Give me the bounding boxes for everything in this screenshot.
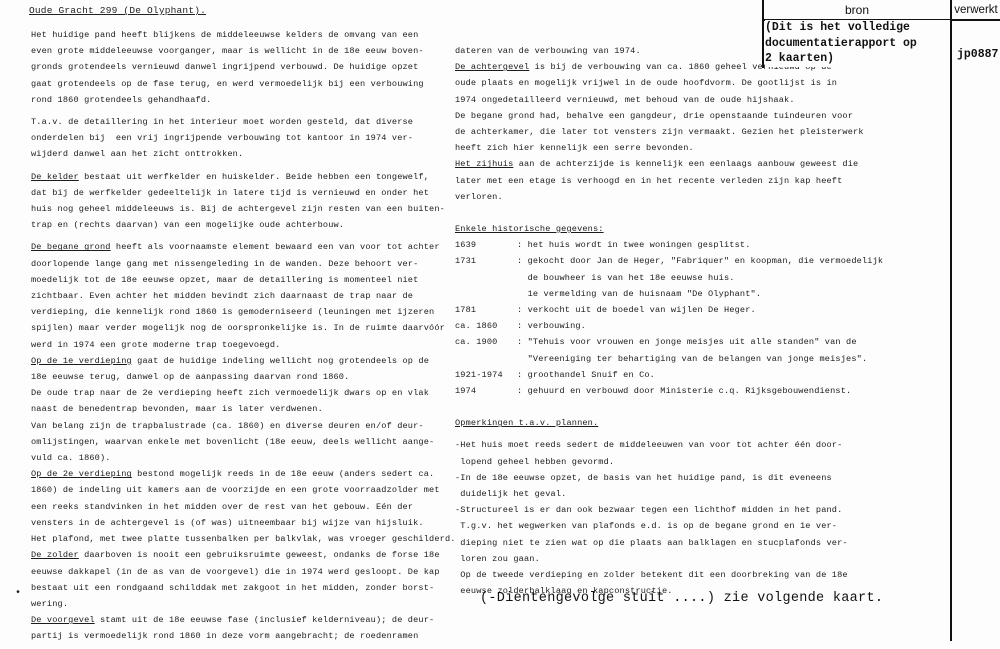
section-heading: De achtergevel xyxy=(455,62,529,72)
text-line: wering. xyxy=(31,596,441,612)
document-title: Oude Gracht 299 (De Olyphant). xyxy=(29,5,206,16)
section-heading: De kelder xyxy=(31,172,79,182)
paragraph: De achtergevel is bij de verbouwing van … xyxy=(455,59,855,156)
text-line: T.a.v. de detaillering in het interieur … xyxy=(31,114,441,130)
section-gap xyxy=(455,399,855,415)
paragraph-first-line: Het zijhuis aan de achterzijde is kennel… xyxy=(455,156,855,172)
text-line: werd in 1974 een grote moderne trap toeg… xyxy=(31,337,441,353)
paragraph-text: daarboven is nooit een gebruiksruimte ge… xyxy=(79,550,440,560)
text-line: wijderd danwel aan het zicht onttrokken. xyxy=(31,146,441,162)
text-line: gronds grotendeels vernieuwd danwel ingr… xyxy=(31,59,441,75)
paragraph-first-line: Op de 1e verdieping gaat de huidige inde… xyxy=(31,353,441,369)
section-gap xyxy=(455,205,855,221)
history-entry: 1974: gehuurd en verbouwd door Ministeri… xyxy=(455,383,855,399)
text-line: zichtbaar. Even achter het midden bevind… xyxy=(31,288,441,304)
meta-header-verwerkt: verwerkt xyxy=(952,0,1000,20)
text-line: trap en (rechts daarvan) van een mogelij… xyxy=(31,217,441,233)
text-line: verloren. xyxy=(455,189,855,205)
paragraph: Op de 2e verdieping bestond mogelijk ree… xyxy=(31,466,441,547)
paragraph-text: stamt uit de 18e eeuwse fase (inclusief … xyxy=(95,615,435,625)
text-line: naast de benedentrap bevonden, maar is l… xyxy=(31,401,441,417)
text-line: bestaat uit een rondgaand schilddak met … xyxy=(31,580,441,596)
history-year: 1781 xyxy=(455,302,517,318)
paragraph-text: gaat de huidige indeling wellicht nog gr… xyxy=(132,356,429,366)
history-text: : verkocht uit de boedel van wijlen De H… xyxy=(517,302,855,318)
history-entry: 1781: verkocht uit de boedel van wijlen … xyxy=(455,302,855,318)
text-line: dat bij de werfkelder gedeeltelijk in la… xyxy=(31,185,441,201)
history-text: : "Tehuis voor vrouwen en jonge meisjes … xyxy=(517,334,857,350)
text-line: vuld ca. 1860). xyxy=(31,450,441,466)
paragraph-text: heeft als voornaamste element bewaard ee… xyxy=(111,242,440,252)
paragraph-text: aan de achterzijde is kennelijk een eenl… xyxy=(513,159,858,169)
text-line: huis nog geheel middeleeuws is. Bij de a… xyxy=(31,201,441,217)
text-line: spijlen) maar verder mogelijk nog de oor… xyxy=(31,320,441,336)
text-line: Van belang zijn de trapbalustrade (ca. 1… xyxy=(31,418,441,434)
paragraph-first-line: De begane grond heeft als voornaamste el… xyxy=(31,239,441,255)
history-text: : verbouwing. xyxy=(517,318,855,334)
section-heading: Op de 1e verdieping xyxy=(31,356,132,366)
text-line: oude plaats en mogelijk vrijwel in de ou… xyxy=(455,75,855,91)
history-year: 1974 xyxy=(455,383,517,399)
remark-line: dieping niet te zien wat op die plaats a… xyxy=(455,535,855,551)
paragraph-text: bestond mogelijk reeds in de 18e eeuw (a… xyxy=(132,469,435,479)
paragraph-first-line: De kelder bestaat uit werfkelder en huis… xyxy=(31,169,441,185)
left-column: Het huidige pand heeft blijkens de midde… xyxy=(31,27,441,645)
text-line: een reeks standvinken in het midden over… xyxy=(31,499,441,515)
history-text: : het huis wordt in twee woningen gespli… xyxy=(517,237,855,253)
text-line: eeuwse dakkapel (in de as van de voorgev… xyxy=(31,564,441,580)
remark-line: duidelijk het geval. xyxy=(455,486,855,502)
text-line: later met een etage is verhoogd en in he… xyxy=(455,173,855,189)
paragraph: Op de 1e verdieping gaat de huidige inde… xyxy=(31,353,441,466)
history-entry: 1639: het huis wordt in twee woningen ge… xyxy=(455,237,855,253)
meta-verwerkt-value: jp0887 xyxy=(957,48,998,61)
history-year: ca. 1860 xyxy=(455,318,517,334)
remarks-heading: Opmerkingen t.a.v. plannen. xyxy=(455,415,855,431)
paragraph-first-line: De voorgevel stamt uit de 18e eeuwse fas… xyxy=(31,612,441,628)
document-card: Oude Gracht 299 (De Olyphant). Het huidi… xyxy=(0,0,1000,649)
history-continuation: de bouwheer is van het 18e eeuwse huis. xyxy=(455,270,855,286)
section-heading: De zolder xyxy=(31,550,79,560)
paragraph: De voorgevel stamt uit de 18e eeuwse fas… xyxy=(31,612,441,644)
history-year: 1731 xyxy=(455,253,517,269)
text-line: De oude trap naar de 2e verdieping heeft… xyxy=(31,385,441,401)
text-line: De begane grond had, behalve een gangdeu… xyxy=(455,108,855,124)
remark-line: -Structureel is er dan ook bezwaar tegen… xyxy=(455,502,855,518)
remark-line: -In de 18e eeuwse opzet, de basis van he… xyxy=(455,470,855,486)
paragraph: Het huidige pand heeft blijkens de midde… xyxy=(31,27,441,108)
history-entry: ca. 1900: "Tehuis voor vrouwen en jonge … xyxy=(455,334,855,350)
paragraph-text: bestaat uit werfkelder en huiskelder. Be… xyxy=(79,172,429,182)
history-heading: Enkele historische gegevens: xyxy=(455,221,855,237)
text-line: heeft zich hier kennelijk een serre bevo… xyxy=(455,140,855,156)
history-continuation: "Vereeniging ter behartiging van de bela… xyxy=(455,351,855,367)
paragraph: De begane grond heeft als voornaamste el… xyxy=(31,239,441,352)
section-heading: De begane grond xyxy=(31,242,111,252)
history-entry: 1731: gekocht door Jan de Heger, "Fabriq… xyxy=(455,253,855,269)
text-line: rond 1860 grotendeels gehandhaafd. xyxy=(31,92,441,108)
text-line: de achterkamer, die later tot vensters z… xyxy=(455,124,855,140)
text-line: Het plafond, met twee platte tussenbalke… xyxy=(31,531,441,547)
remark-line: Op de tweede verdieping en zolder beteke… xyxy=(455,567,855,583)
right-column: dateren van de verbouwing van 1974.De ac… xyxy=(455,43,855,600)
section-heading: Op de 2e verdieping xyxy=(31,469,132,479)
paragraph: T.a.v. de detaillering in het interieur … xyxy=(31,114,441,163)
text-line: onderdelen bij een vrij ingrijpende verb… xyxy=(31,130,441,146)
text-line: omlijstingen, waarvan enkele met bovenli… xyxy=(31,434,441,450)
meta-header-bron: bron xyxy=(764,0,950,20)
remark-line: loren zou gaan. xyxy=(455,551,855,567)
meta-bron-value: (Dit is het volledige documentatierappor… xyxy=(765,20,950,67)
text-line: even grote middeleeuwse voorganger, maar… xyxy=(31,43,441,59)
paragraph-first-line: Op de 2e verdieping bestond mogelijk ree… xyxy=(31,466,441,482)
text-line: vensters in de achtergevel is (of was) u… xyxy=(31,515,441,531)
remark-line: T.g.v. het wegwerken van plafonds e.d. i… xyxy=(455,518,855,534)
text-line: 1860) de indeling uit kamers aan de voor… xyxy=(31,482,441,498)
history-entry: ca. 1860: verbouwing. xyxy=(455,318,855,334)
paragraph: De kelder bestaat uit werfkelder en huis… xyxy=(31,169,441,234)
text-line: gaat grotendeels op de fase terug, en we… xyxy=(31,76,441,92)
text-line: moedelijk tot de 18e eeuwse opzet, maar … xyxy=(31,272,441,288)
history-text: : gehuurd en verbouwd door Ministerie c.… xyxy=(517,383,855,399)
margin-mark: • xyxy=(15,588,21,599)
section-heading: Het zijhuis xyxy=(455,159,513,169)
remark-line: -Het huis moet reeds sedert de middeleeu… xyxy=(455,437,855,453)
history-year: 1921-1974 xyxy=(455,367,517,383)
paragraph-first-line: De zolder daarboven is nooit een gebruik… xyxy=(31,547,441,563)
text-line: partij is vermoedelijk rond 1860 in deze… xyxy=(31,628,441,644)
text-line: verdieping, die kennelijk rond 1860 is g… xyxy=(31,304,441,320)
history-year: ca. 1900 xyxy=(455,334,517,350)
text-line: doorlopende lange gang met nissengeledin… xyxy=(31,256,441,272)
history-entry: 1921-1974: groothandel Snuif en Co. xyxy=(455,367,855,383)
history-continuation: 1e vermelding van de huisnaam "De Olypha… xyxy=(455,286,855,302)
history-year: 1639 xyxy=(455,237,517,253)
text-line: Het huidige pand heeft blijkens de midde… xyxy=(31,27,441,43)
history-text: : groothandel Snuif en Co. xyxy=(517,367,855,383)
history-text: : gekocht door Jan de Heger, "Fabriquer"… xyxy=(517,253,883,269)
text-line: 1974 ongedetailleerd vernieuwd, met beho… xyxy=(455,92,855,108)
paragraph: Het zijhuis aan de achterzijde is kennel… xyxy=(455,156,855,205)
remark-line: lopend geheel hebben gevormd. xyxy=(455,454,855,470)
text-line: 18e eeuwse terug, danwel op de aanpassin… xyxy=(31,369,441,385)
section-heading: De voorgevel xyxy=(31,615,95,625)
meta-table-border-mid xyxy=(950,0,952,641)
closing-note: (-Dientengevolge stuit ....) zie volgend… xyxy=(480,591,883,606)
paragraph: De zolder daarboven is nooit een gebruik… xyxy=(31,547,441,612)
